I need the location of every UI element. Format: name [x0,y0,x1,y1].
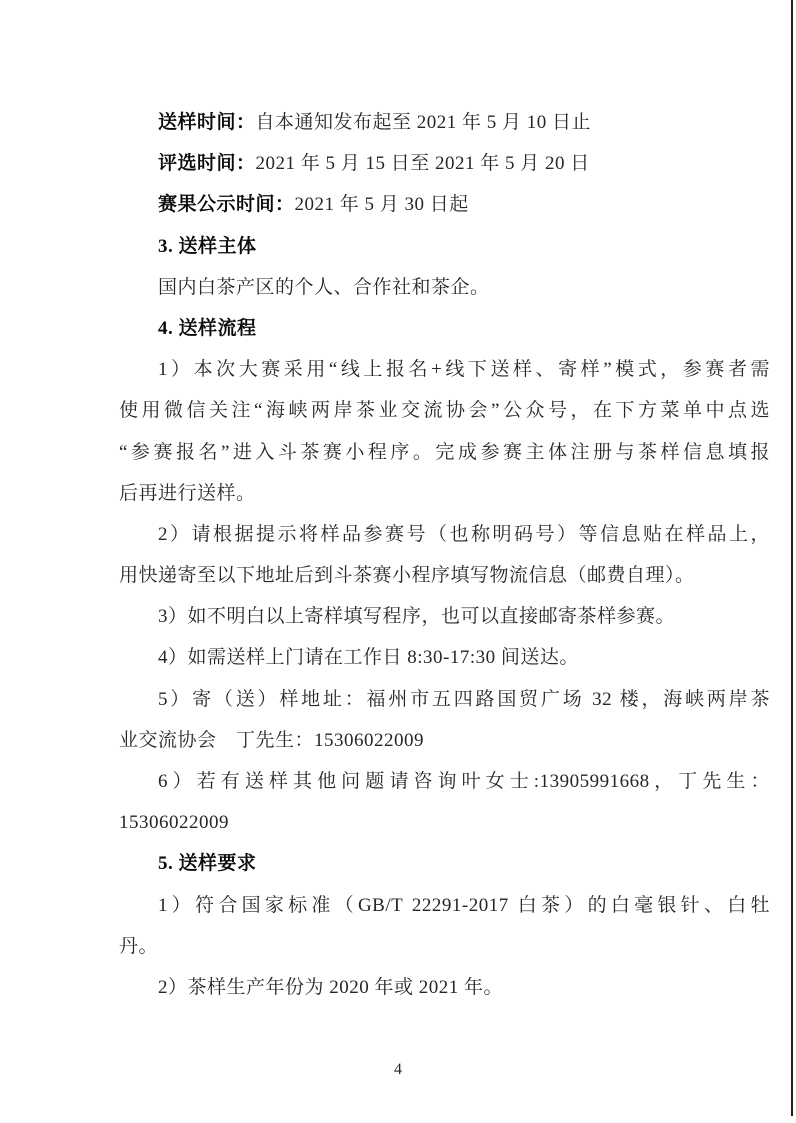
text-line: 用快递寄至以下地址后到斗茶赛小程序填写物流信息（邮费自理）。 [119,555,770,596]
text-line: 国内白茶产区的个人、合作社和茶企。 [119,267,770,308]
section-heading-line: 5. 送样要求 [119,843,770,884]
bold-text-segment: 赛果公示时间： [158,194,295,215]
body-text-segment: 6）若有送样其他问题请咨询叶女士:13905991668，丁先生： [158,771,770,792]
body-text-segment: 自本通知发布起至 2021 年 5 月 10 日止 [256,112,592,133]
text-line: 使用微信关注“海峡两岸茶业交流协会”公众号，在下方菜单中点选 [119,390,770,431]
text-line: 送样时间：自本通知发布起至 2021 年 5 月 10 日止 [119,102,770,143]
text-line: 1）本次大赛采用“线上报名+线下送样、寄样”模式，参赛者需 [119,349,770,390]
body-text-segment: 使用微信关注“海峡两岸茶业交流协会”公众号，在下方菜单中点选 [119,400,770,421]
text-line: 丹。 [119,926,770,967]
text-line: 15306022009 [119,802,770,843]
body-text-segment: 2）茶样生产年份为 2020 年或 2021 年。 [158,977,503,998]
text-line: 业交流协会 丁先生：15306022009 [119,720,770,761]
body-text-segment: 3）如不明白以上寄样填写程序，也可以直接邮寄茶样参赛。 [158,606,675,627]
body-text-segment: 4）如需送样上门请在工作日 8:30-17:30 间送达。 [158,647,579,668]
page-number: 4 [0,1058,796,1082]
text-line: 6）若有送样其他问题请咨询叶女士:13905991668，丁先生： [119,761,770,802]
bold-text-segment: 评选时间： [158,153,256,174]
scan-edge-line [791,0,793,1116]
body-text-segment: 15306022009 [119,812,229,833]
body-text-segment: 用快递寄至以下地址后到斗茶赛小程序填写物流信息（邮费自理）。 [119,565,695,586]
text-line: 赛果公示时间：2021 年 5 月 30 日起 [119,184,770,225]
body-text-segment: 5）寄（送）样地址：福州市五四路国贸广场 32 楼，海峡两岸茶 [158,689,770,710]
bold-text-segment: 4. 送样流程 [158,318,257,339]
body-text-segment: “参赛报名”进入斗茶赛小程序。完成参赛主体注册与茶样信息填报 [119,442,770,463]
document-body: 送样时间：自本通知发布起至 2021 年 5 月 10 日止评选时间：2021 … [119,102,770,1008]
text-line: 1）符合国家标准（GB/T 22291-2017 白茶）的白毫银针、白牡 [119,885,770,926]
text-line: 5）寄（送）样地址：福州市五四路国贸广场 32 楼，海峡两岸茶 [119,679,770,720]
body-text-segment: 后再进行送样。 [119,483,256,504]
text-line: “参赛报名”进入斗茶赛小程序。完成参赛主体注册与茶样信息填报 [119,432,770,473]
bold-text-segment: 送样时间： [158,112,256,133]
body-text-segment: 1）本次大赛采用“线上报名+线下送样、寄样”模式，参赛者需 [158,359,770,380]
body-text-segment: 丹。 [119,936,158,957]
text-line: 2）请根据提示将样品参赛号（也称明码号）等信息贴在样品上， [119,514,770,555]
bold-text-segment: 5. 送样要求 [158,853,257,874]
text-line: 4）如需送样上门请在工作日 8:30-17:30 间送达。 [119,637,770,678]
section-heading-line: 3. 送样主体 [119,226,770,267]
text-line: 3）如不明白以上寄样填写程序，也可以直接邮寄茶样参赛。 [119,596,770,637]
body-text-segment: 2021 年 5 月 30 日起 [295,194,469,215]
document-page: 送样时间：自本通知发布起至 2021 年 5 月 10 日止评选时间：2021 … [0,0,796,1123]
bold-text-segment: 3. 送样主体 [158,236,257,257]
text-line: 后再进行送样。 [119,473,770,514]
body-text-segment: 2）请根据提示将样品参赛号（也称明码号）等信息贴在样品上， [158,524,770,545]
text-line: 2）茶样生产年份为 2020 年或 2021 年。 [119,967,770,1008]
body-text-segment: 国内白茶产区的个人、合作社和茶企。 [158,277,490,298]
text-line: 评选时间：2021 年 5 月 15 日至 2021 年 5 月 20 日 [119,143,770,184]
body-text-segment: 业交流协会 丁先生：15306022009 [119,730,424,751]
body-text-segment: 2021 年 5 月 15 日至 2021 年 5 月 20 日 [256,153,590,174]
body-text-segment: 1）符合国家标准（GB/T 22291-2017 白茶）的白毫银针、白牡 [158,895,770,916]
section-heading-line: 4. 送样流程 [119,308,770,349]
